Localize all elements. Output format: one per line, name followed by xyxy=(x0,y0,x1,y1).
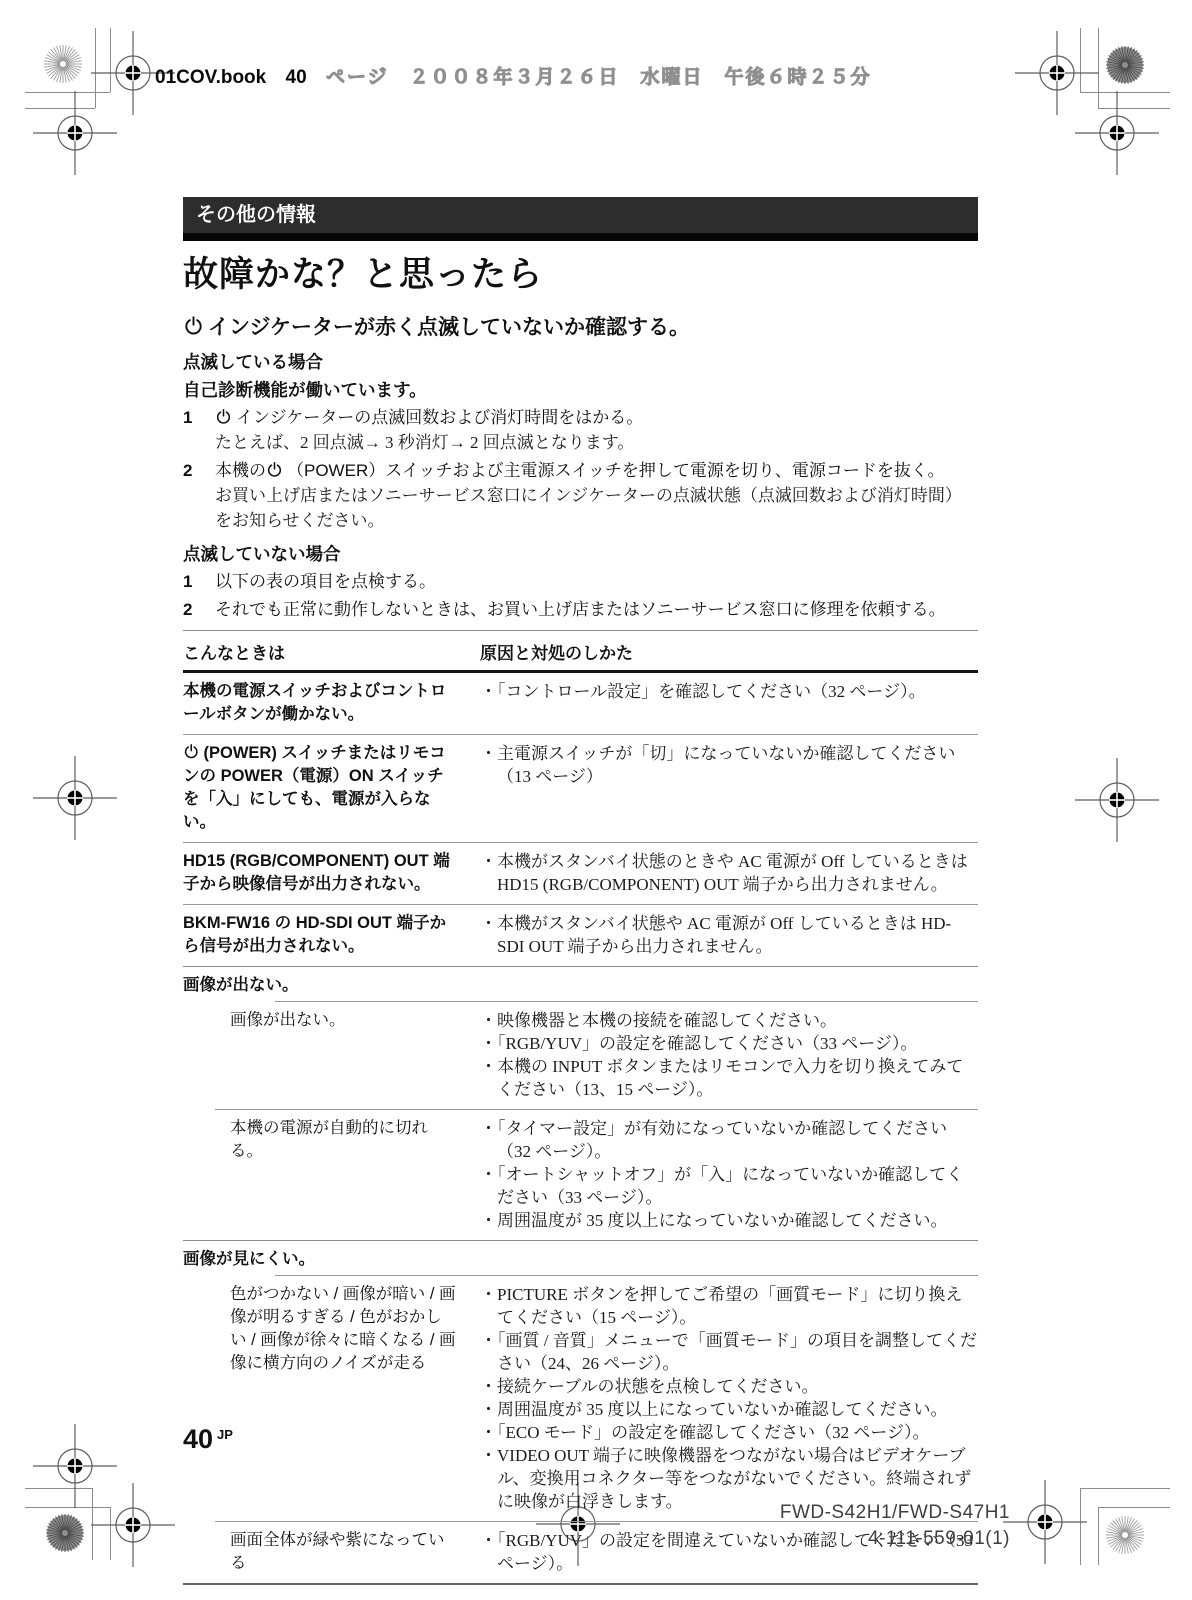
table-header-symptom: こんなときは xyxy=(183,639,480,664)
registration-mark xyxy=(1075,91,1159,175)
symptom-cell: 色がつかない / 画像が暗い / 画像が明るすぎる / 色がおかしい / 画像が… xyxy=(183,1283,468,1513)
cause-item: ・本機がスタンバイ状態や AC 電源が Off しているときは HD-SDI O… xyxy=(480,912,978,958)
step-text: 本機の（POWER）スイッチおよび主電源スイッチを押して電源を切り、電源コードを… xyxy=(215,458,978,483)
footer-model: FWD-S42H1/FWD-S47H1 xyxy=(780,1500,1010,1526)
symptom-cell: 画面全体が緑や紫になっている xyxy=(183,1529,468,1575)
symptom-cell: 本機の電源スイッチおよびコントロールボタンが働かない。 xyxy=(183,680,468,726)
step-text: 以下の表の項目を点検する。 xyxy=(215,569,978,594)
cause-item: ・「ECO モード」の設定を確認してください（32 ページ）。 xyxy=(480,1421,978,1444)
crop-mark-line xyxy=(1080,1488,1170,1489)
cause-item: ・周囲温度が 35 度以上になっていないか確認してください。 xyxy=(480,1398,978,1421)
cause-cell: ・PICTURE ボタンを押してご希望の「画質モード」に切り換えてください（15… xyxy=(468,1283,978,1513)
power-icon xyxy=(266,461,283,478)
cause-item: ・本機の INPUT ボタンまたはリモコンで入力を切り換えてみてください（13、… xyxy=(480,1055,978,1101)
registration-mark xyxy=(1003,1480,1087,1564)
lead-text: インジケーターが赤く点滅していないか確認する。 xyxy=(208,316,690,339)
table-row: 画像が出ない。・映像機器と本機の接続を確認してください。・「RGB/YUV」の設… xyxy=(183,1002,978,1109)
section-banner: その他の情報 xyxy=(183,197,978,241)
manual-page: 01COV.book 40 ページ ２００８年３月２６日 水曜日 午後６時２５分… xyxy=(0,0,1192,1600)
registration-mark xyxy=(1075,758,1159,842)
cause-cell: ・映像機器と本機の接続を確認してください。・「RGB/YUV」の設定を確認してく… xyxy=(468,1009,978,1101)
cause-item: ・主電源スイッチが「切」になっていないか確認してください（13 ページ） xyxy=(480,742,978,788)
heading-blinking: 点滅している場合 xyxy=(183,351,978,374)
cause-item: ・映像機器と本機の接続を確認してください。 xyxy=(480,1009,978,1032)
step: 2 それでも正常に動作しないときは、お買い上げ店またはソニーサービス窓口に修理を… xyxy=(183,597,978,622)
registration-mark xyxy=(91,1483,175,1567)
cause-item: ・接続ケーブルの状態を点検してください。 xyxy=(480,1375,978,1398)
step-number: 2 xyxy=(183,597,215,622)
step-note: たとえば、2 回点滅→ 3 秒消灯→ 2 回点滅となります。 xyxy=(215,430,978,455)
symptom-cell: 本機の電源が自動的に切れる。 xyxy=(183,1117,468,1232)
step-text: インジケーターの点滅回数および消灯時間をはかる。 xyxy=(215,405,978,430)
table-row: 本機の電源が自動的に切れる。・「タイマー設定」が有効になっていないか確認してくだ… xyxy=(183,1110,978,1240)
lead-instruction: インジケーターが赤く点滅していないか確認する。 xyxy=(183,314,978,341)
color-patch-circle xyxy=(42,43,84,85)
step: 2 本機の（POWER）スイッチおよび主電源スイッチを押して電源を切り、電源コー… xyxy=(183,458,978,483)
step: 1 以下の表の項目を点検する。 xyxy=(183,569,978,594)
cause-cell: ・「コントロール設定」を確認してください（32 ページ）。 xyxy=(468,680,978,726)
subheading-selfdiagnosis: 自己診断機能が働いています。 xyxy=(183,379,978,402)
proof-header-page: 40 xyxy=(286,67,307,88)
crop-mark-line xyxy=(1098,1507,1170,1508)
power-icon xyxy=(183,743,200,760)
step-number: 1 xyxy=(183,405,215,430)
step-note: お買い上げ店またはソニーサービス窓口にインジケーターの点滅状態（点滅回数および消… xyxy=(215,483,978,533)
page-content: その他の情報 故障かな？と思ったら インジケーターが赤く点滅していないか確認する… xyxy=(183,197,978,1585)
table-header-row: こんなときは 原因と対処のしかた xyxy=(183,631,978,670)
step: 1 インジケーターの点滅回数および消灯時間をはかる。 xyxy=(183,405,978,430)
crop-mark-line xyxy=(1098,1507,1099,1565)
heading-not-blinking: 点滅していない場合 xyxy=(183,543,978,566)
cause-item: ・「コントロール設定」を確認してください（32 ページ）。 xyxy=(480,680,978,703)
registration-mark xyxy=(33,91,117,175)
cause-cell: ・本機がスタンバイ状態や AC 電源が Off しているときは HD-SDI O… xyxy=(468,912,978,958)
cause-item: ・「タイマー設定」が有効になっていないか確認してください（32 ページ）。 xyxy=(480,1117,978,1163)
symptom-cell: (POWER) スイッチまたはリモコンの POWER（電源）ON スイッチを「入… xyxy=(183,742,468,834)
proof-header-book: 01COV.book xyxy=(155,67,266,88)
cause-cell: ・本機がスタンバイ状態のときや AC 電源が Off しているときは HD15 … xyxy=(468,850,978,896)
table-section-header: 画像が見にくい。 xyxy=(183,1241,978,1275)
cause-item: ・本機がスタンバイ状態のときや AC 電源が Off しているときは HD15 … xyxy=(480,850,978,896)
power-icon xyxy=(215,408,232,425)
cause-item: ・「RGB/YUV」の設定を確認してください（33 ページ）。 xyxy=(480,1032,978,1055)
footer-doc-code: 4-111-559-01(1) xyxy=(780,1526,1010,1552)
cause-item: ・PICTURE ボタンを押してご希望の「画質モード」に切り換えてください（15… xyxy=(480,1283,978,1329)
cause-item: ・「オートシャットオフ」が「入」になっていないか確認してください（33 ページ）… xyxy=(480,1163,978,1209)
troubleshooting-table: こんなときは 原因と対処のしかた 本機の電源スイッチおよびコントロールボタンが働… xyxy=(183,630,978,1585)
color-patch-circle xyxy=(44,1512,86,1554)
symptom-cell: HD15 (RGB/COMPONENT) OUT 端子から映像信号が出力されない… xyxy=(183,850,468,896)
table-row: BKM-FW16 の HD-SDI OUT 端子から信号が出力されない。・本機が… xyxy=(183,905,978,966)
table-rule xyxy=(183,1583,978,1585)
document-footer: FWD-S42H1/FWD-S47H1 4-111-559-01(1) xyxy=(780,1500,1010,1552)
cause-cell: ・「タイマー設定」が有効になっていないか確認してください（32 ページ）。・「オ… xyxy=(468,1117,978,1232)
step-number: 1 xyxy=(183,569,215,594)
symptom-cell: BKM-FW16 の HD-SDI OUT 端子から信号が出力されない。 xyxy=(183,912,468,958)
proof-header: 01COV.book 40 ページ ２００８年３月２６日 水曜日 午後６時２５分 xyxy=(155,62,872,89)
table-row: 色がつかない / 画像が暗い / 画像が明るすぎる / 色がおかしい / 画像が… xyxy=(183,1276,978,1521)
table-body: 本機の電源スイッチおよびコントロールボタンが働かない。・「コントロール設定」を確… xyxy=(183,673,978,1585)
proof-header-outline-text: ページ ２００８年３月２６日 水曜日 午後６時２５分 xyxy=(326,67,872,88)
step-number: 2 xyxy=(183,458,215,483)
table-row: HD15 (RGB/COMPONENT) OUT 端子から映像信号が出力されない… xyxy=(183,843,978,904)
power-icon xyxy=(183,315,204,336)
page-number: 40JP xyxy=(183,1424,233,1455)
table-row: 本機の電源スイッチおよびコントロールボタンが働かない。・「コントロール設定」を確… xyxy=(183,673,978,734)
cause-cell: ・主電源スイッチが「切」になっていないか確認してください（13 ページ） xyxy=(468,742,978,834)
table-section-header: 画像が出ない。 xyxy=(183,967,978,1001)
table-row: (POWER) スイッチまたはリモコンの POWER（電源）ON スイッチを「入… xyxy=(183,735,978,842)
registration-mark xyxy=(33,756,117,840)
step-text: それでも正常に動作しないときは、お買い上げ店またはソニーサービス窓口に修理を依頼… xyxy=(215,597,978,622)
cause-item: ・「画質 / 音質」メニューで「画質モード」の項目を調整してください（24、26… xyxy=(480,1329,978,1375)
symptom-cell: 画像が出ない。 xyxy=(183,1009,468,1101)
page-title: 故障かな？と思ったら xyxy=(183,253,978,297)
color-patch-circle xyxy=(1104,1514,1146,1556)
table-header-cause: 原因と対処のしかた xyxy=(480,639,978,664)
cause-item: ・周囲温度が 35 度以上になっていないか確認してください。 xyxy=(480,1209,978,1232)
color-patch-circle xyxy=(1104,44,1146,86)
